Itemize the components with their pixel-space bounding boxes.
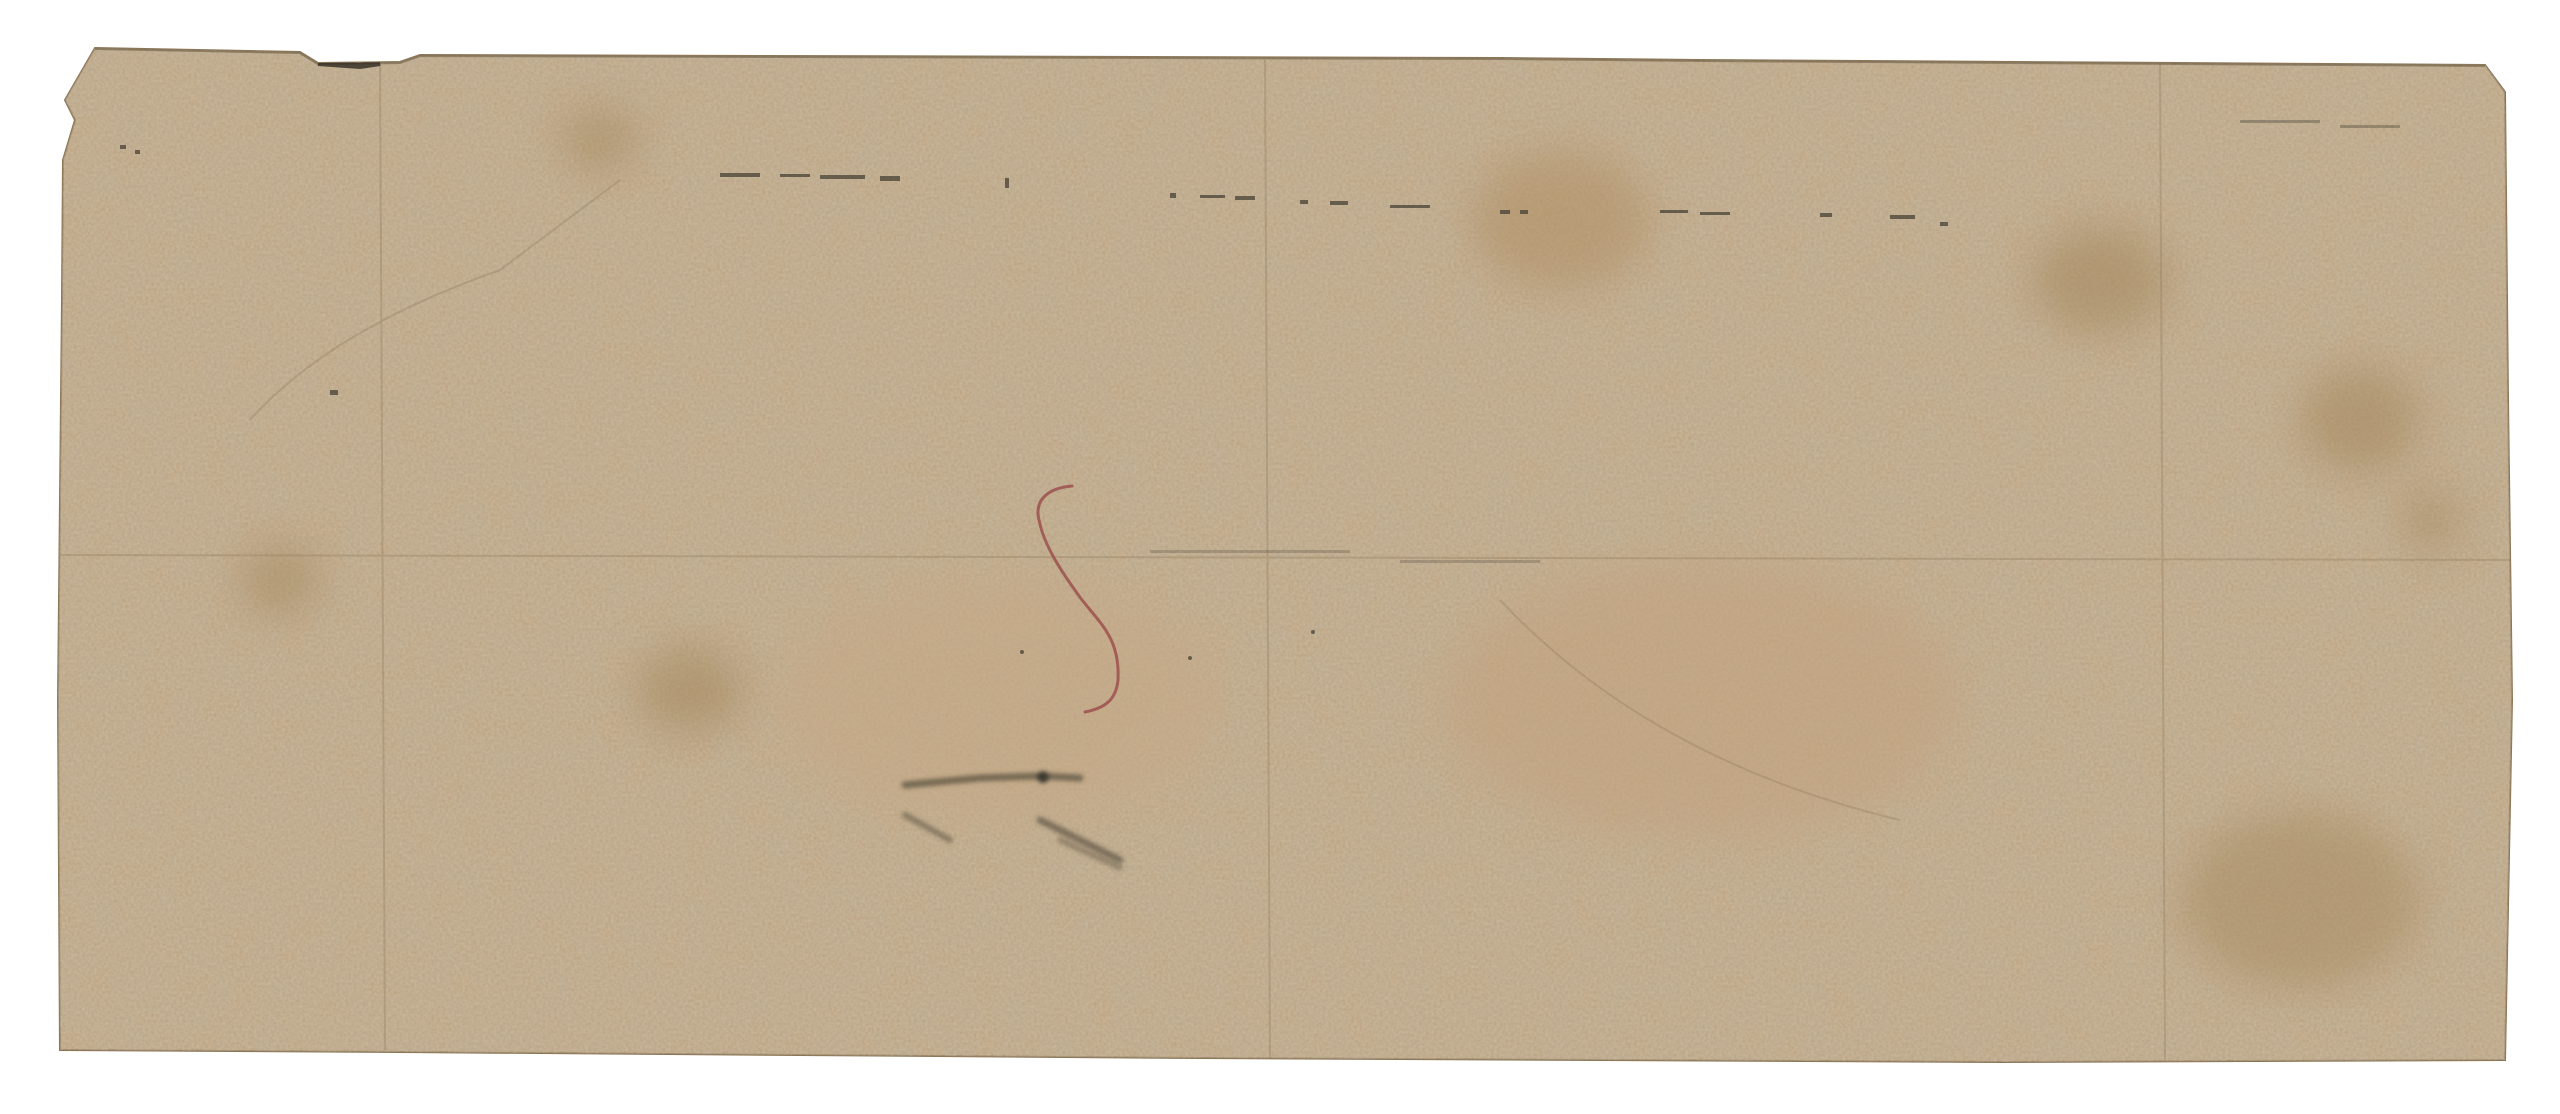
scanned-banknote-back	[0, 0, 2560, 1114]
paper-sheet	[0, 0, 2560, 1114]
